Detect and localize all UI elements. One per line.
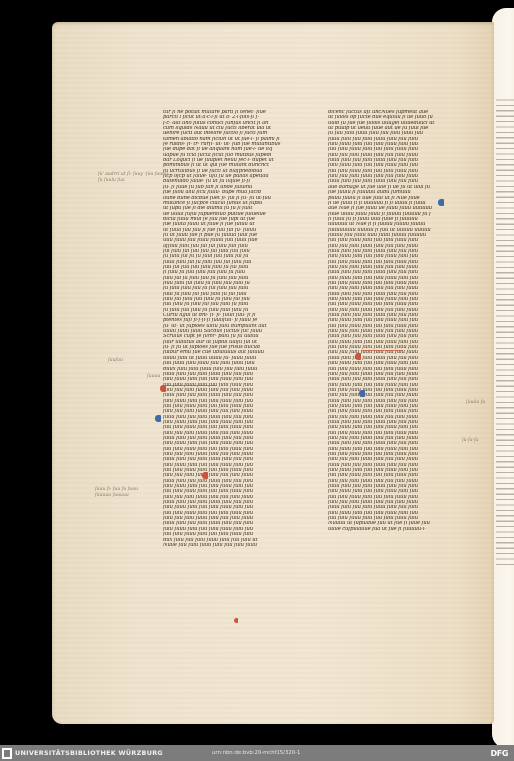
blue-initial [438, 199, 444, 206]
marginal-note: ſuuiiu ſu [466, 400, 485, 405]
image-viewer[interactable]: tur ſi ne potuit mutare parti ſi tenet· … [0, 0, 514, 745]
red-paragraph-mark [234, 618, 238, 623]
manuscript-line: Nuue ſuu ſuiu ſuuu ſuiu ſuu ſuiu ſuuu [163, 543, 306, 548]
library-name: UNIVERSITÄTSBIBLIOTHEK WÜRZBURG [15, 749, 163, 757]
red-rubric-line [166, 385, 216, 386]
red-initial [202, 472, 208, 479]
marginal-note: ſu ſuulu ſuu [98, 178, 125, 183]
marginal-note: ſu·ſu·ſu [462, 438, 479, 443]
marginal-note: ſuuſuu [108, 358, 123, 363]
blue-initial [155, 415, 161, 422]
viewer-footer-bar: UNIVERSITÄTSBIBLIOTHEK WÜRZBURG urn:nbn:… [0, 745, 514, 761]
urn-identifier[interactable]: urn:nbn:de:bvb:20-mchf15/320-1 [212, 750, 300, 756]
marginal-note: ſuuu ſi· ſuu ſu ſuuu [95, 487, 138, 492]
marginal-note: ſuuuu [147, 374, 160, 379]
red-initial [355, 353, 361, 360]
library-logo[interactable]: UNIVERSITÄTSBIBLIOTHEK WÜRZBURG [2, 745, 163, 761]
marginal-note: ſu' audrri ut ſi· ſuuy ·ſuu ſuuuu [98, 172, 168, 177]
manuscript-line: uuue cuſpulauue ſua ut ſue ſi ſuuuuu·l· [328, 527, 471, 532]
red-initial [160, 385, 166, 392]
text-column-right: dicenc ſuctus uſt uncNues ſupmeut aueut … [328, 110, 471, 555]
marginal-note: ſuuuuu ſuuuuu [95, 493, 129, 498]
red-rubric-line [362, 350, 402, 351]
library-logo-icon [2, 748, 12, 759]
facing-page-text [496, 95, 514, 565]
blue-initial [359, 390, 365, 397]
dfg-logo[interactable]: DFG [491, 749, 508, 758]
text-column-left: tur ſi ne potuit mutare parti ſi tenet· … [163, 110, 306, 560]
